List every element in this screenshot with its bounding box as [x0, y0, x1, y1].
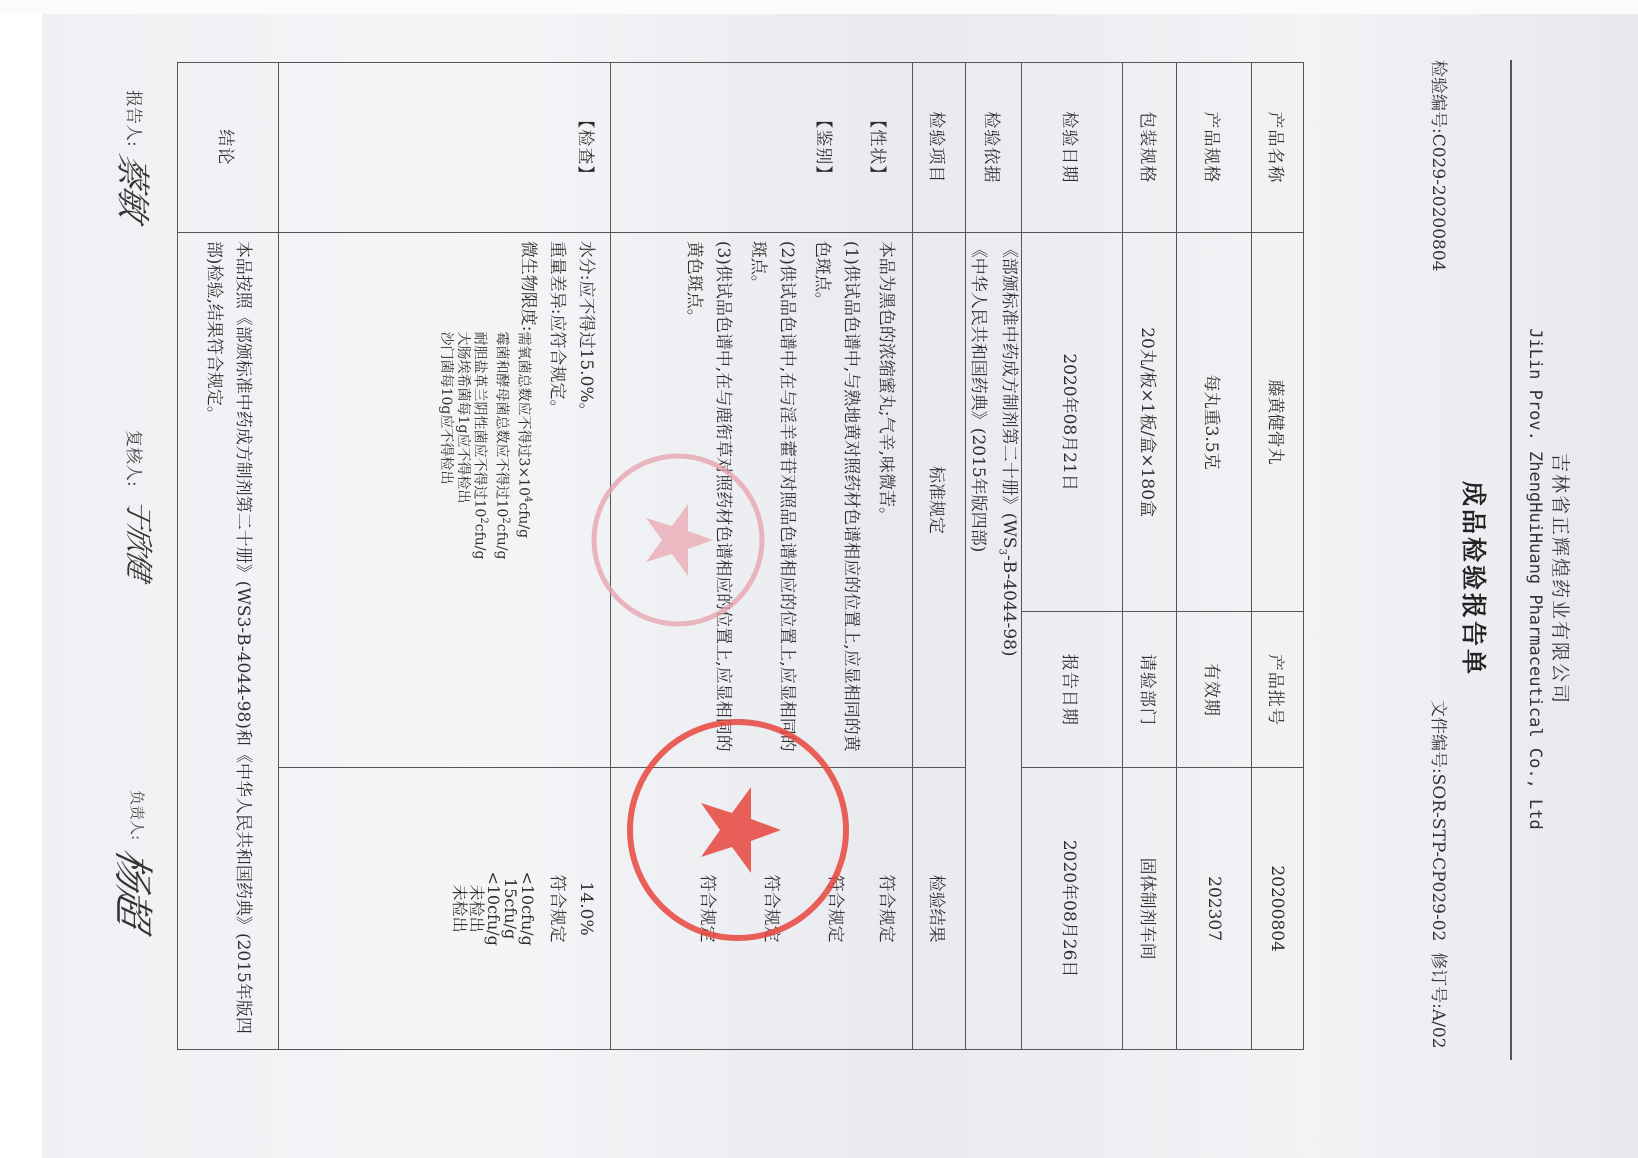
- result-microbial-item: 未检出: [468, 776, 485, 1041]
- label-product-spec: 产品规格: [1177, 63, 1252, 233]
- stamp-star-icon: [588, 450, 768, 630]
- file-no-value: SOR-STP-CP029-02: [1428, 774, 1448, 942]
- report-number: 检验编号:C029-20200804: [1428, 60, 1453, 271]
- value-requesting-dept: 固体制剂车间: [1123, 768, 1177, 1050]
- microbial-text: 沙门菌每10g应不得检出: [438, 332, 454, 485]
- file-number: 文件编号:SOR-STP-CP029-02 修订号:A/02: [1428, 700, 1453, 1049]
- result-moisture: 14.0%: [571, 776, 600, 1041]
- reporter-label: 报告人:: [123, 90, 148, 147]
- header-standard: 标准规定: [912, 232, 965, 767]
- result-microbial: <10cfu/g 15cfu/g <10cfu/g 未检出 未检出: [451, 776, 542, 1041]
- report-no-value: C029-20200804: [1428, 134, 1448, 272]
- reporter-signature: 蔡敏: [111, 150, 160, 224]
- value-product-name: 藤黄健骨丸: [1252, 232, 1304, 612]
- standard-identification-1: (1)供试品色谱中,与熟地黄对照药材色谱相应的位置上,应显相同的黄色斑点。: [807, 241, 865, 759]
- revision-value: A/02: [1428, 1009, 1448, 1049]
- standard-character: 本品为黑色的浓缩蜜丸;气辛,味微苦。: [871, 241, 900, 759]
- standard-inspection: 水分:应不得过15.0%。 重量差异:应符合规定。 微生物限度: 需氧菌总数应不…: [278, 232, 610, 767]
- table-row: 检验日期 2020年08月21日 报告日期 2020年08月26日: [1022, 63, 1123, 1050]
- reviewer-label: 复核人:: [123, 430, 148, 487]
- microbial-unit: cfu/g: [515, 502, 531, 538]
- table-row: 检验项目 标准规定 检验结果: [912, 63, 965, 1050]
- label-character-identification: 【性状】 【鉴别】: [610, 63, 912, 233]
- header-rule: [1510, 60, 1512, 1060]
- result-character: 符合规定: [864, 776, 900, 1041]
- microbial-text: 大肠埃希菌每1g应不得检出: [455, 332, 471, 504]
- table-row: 结论 本品按照《部颁标准中药成方制剂第二十册》(WS3-B-4044-98)和《…: [177, 63, 278, 1050]
- scanned-page: 吉林省正辉煌药业有限公司 JiLin Prov. ZhengHuiHuang P…: [0, 0, 1638, 1158]
- result-microbial-item: 未检出: [451, 776, 468, 1041]
- report-title: 成品检验报告单: [1457, 0, 1493, 1158]
- inspection-report-document: 吉林省正辉煌药业有限公司 JiLin Prov. ZhengHuiHuang P…: [0, 0, 1638, 1158]
- label-conclusion: 结论: [177, 63, 278, 233]
- manager-label: 负责人:: [127, 790, 148, 840]
- label-identification: 【鉴别】: [796, 71, 850, 224]
- standard-weight: 重量差异:应符合规定。: [542, 241, 571, 759]
- file-no-label: 文件编号:: [1428, 700, 1448, 774]
- table-row: 【检查】 水分:应不得过15.0%。 重量差异:应符合规定。 微生物限度: 需氧…: [278, 63, 610, 1050]
- company-name-en: JiLin Prov. ZhengHuiHuang Pharmaceutical…: [1525, 0, 1545, 1158]
- value-report-date: 2020年08月26日: [1022, 768, 1123, 1050]
- value-conclusion: 本品按照《部颁标准中药成方制剂第二十册》(WS3-B-4044-98)和《中华人…: [177, 232, 278, 1049]
- microbial-item: 沙门菌每10g应不得检出: [437, 332, 454, 560]
- revision-label: 修订号:: [1428, 952, 1448, 1009]
- value-expiry: 202307: [1177, 768, 1252, 1050]
- label-character: 【性状】: [850, 71, 904, 224]
- microbial-item: 耐胆盐革兰阴性菌应不得过102cfu/g: [471, 332, 493, 560]
- red-official-stamp: [623, 715, 853, 945]
- label-basis: 检验依据: [965, 63, 1021, 233]
- basis-line1: 《部颁标准中药成方制剂第二十册》(WS: [999, 241, 1019, 549]
- microbial-item: 霉菌和酵母菌总数应不得过102cfu/g: [492, 332, 514, 560]
- result-inspection: 14.0% 符合规定 <10cfu/g 15cfu/g <10cfu/g 未检出…: [278, 768, 610, 1050]
- microbial-text: 需氧菌总数应不得过3×10: [515, 332, 531, 496]
- label-expiry: 有效期: [1177, 612, 1252, 768]
- microbial-unit: cfu/g: [493, 524, 509, 560]
- result-microbial-item: <10cfu/g: [519, 776, 536, 1041]
- reviewer-signature: 于欣健: [120, 496, 160, 583]
- label-product-name: 产品名称: [1252, 63, 1304, 233]
- result-weight: 符合规定: [542, 776, 571, 1041]
- label-report-date: 报告日期: [1022, 612, 1123, 768]
- header-test-item: 检验项目: [912, 63, 965, 233]
- label-requesting-dept: 请验部门: [1123, 612, 1177, 768]
- table-row: 包装规格 20丸/板×1板/盒×180盒 请验部门 固体制剂车间: [1123, 63, 1177, 1050]
- report-no-label: 检验编号:: [1428, 60, 1448, 134]
- result-microbial-item: <10cfu/g: [485, 776, 502, 1041]
- table-row: 产品名称 藤黄健骨丸 产品批号 20200804: [1252, 63, 1304, 1050]
- basis-line2: 《中华人民共和国药典》(2015年版四部): [966, 241, 990, 1041]
- manager-signature: 杨超: [107, 844, 164, 932]
- microbial-unit: cfu/g: [472, 524, 488, 560]
- table-row: 产品规格 每丸重3.5克 有效期 202307: [1177, 63, 1252, 1050]
- header-result: 检验结果: [912, 768, 965, 1050]
- value-batch-no: 20200804: [1252, 768, 1304, 1050]
- value-test-date: 2020年08月21日: [1022, 232, 1123, 612]
- microbial-item: 大肠埃希菌每1g应不得检出: [454, 332, 471, 560]
- basis-line1-tail: -B-4044-98): [999, 555, 1019, 657]
- microbial-label: 微生物限度:: [437, 241, 542, 332]
- microbial-text: 霉菌和酵母菌总数应不得过10: [493, 332, 509, 518]
- pink-official-stamp: [588, 450, 768, 630]
- stamp-star-icon: [623, 715, 853, 945]
- label-packaging: 包装规格: [1123, 63, 1177, 233]
- microbial-list: 需氧菌总数应不得过3×104cfu/g 霉菌和酵母菌总数应不得过102cfu/g…: [437, 332, 542, 560]
- value-product-spec: 每丸重3.5克: [1177, 232, 1252, 612]
- microbial-text: 耐胆盐革兰阴性菌应不得过10: [472, 332, 488, 518]
- label-test-date: 检验日期: [1022, 63, 1123, 233]
- standard-microbial: 微生物限度: 需氧菌总数应不得过3×104cfu/g 霉菌和酵母菌总数应不得过1…: [437, 241, 542, 759]
- value-packaging: 20丸/板×1板/盒×180盒: [1123, 232, 1177, 612]
- result-microbial-item: 15cfu/g: [502, 776, 519, 1041]
- value-basis: 《部颁标准中药成方制剂第二十册》(WS3-B-4044-98) 《中华人民共和国…: [965, 232, 1021, 1049]
- company-name-cn: 吉林省正辉煌药业有限公司: [1548, 0, 1575, 1158]
- label-batch-no: 产品批号: [1252, 612, 1304, 768]
- label-inspection: 【检查】: [278, 63, 610, 233]
- microbial-item: 需氧菌总数应不得过3×104cfu/g: [514, 332, 536, 560]
- table-row: 检验依据 《部颁标准中药成方制剂第二十册》(WS3-B-4044-98) 《中华…: [965, 63, 1021, 1050]
